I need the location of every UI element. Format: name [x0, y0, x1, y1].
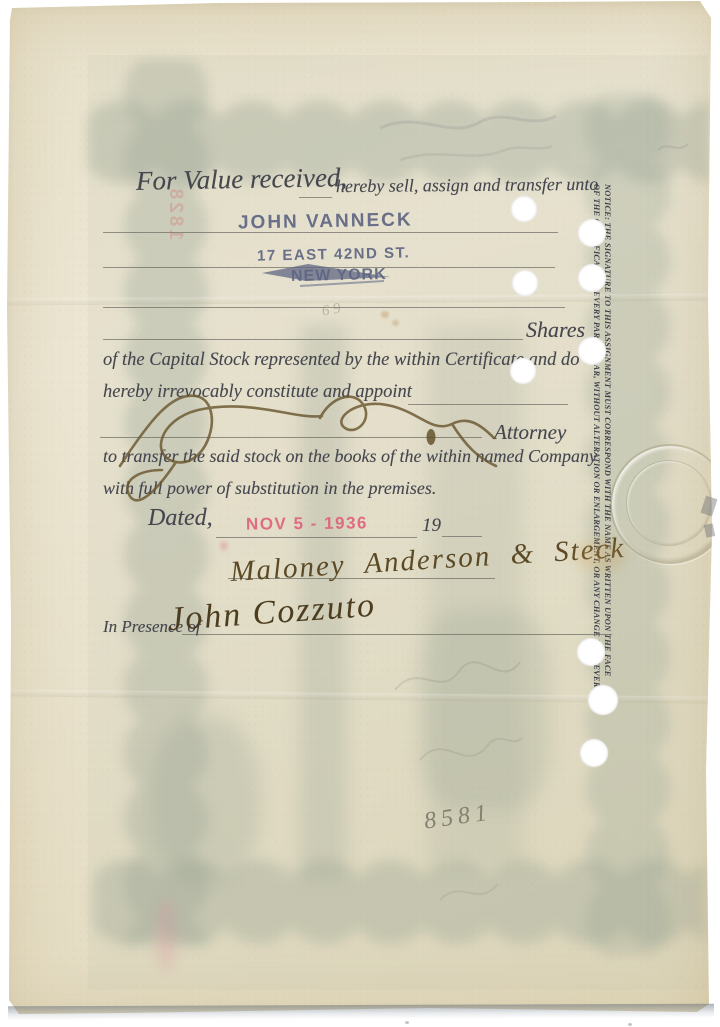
date-stamp: NOV 5 - 1936 [246, 513, 368, 534]
shares-label: Shares [526, 317, 585, 343]
punch-hole [510, 358, 536, 384]
scanned-certificate-back: For Value received, hereby sell, assign … [0, 0, 720, 1027]
ruled-line-witness [182, 634, 612, 635]
punch-hole [580, 739, 608, 767]
punch-hole [511, 196, 537, 222]
punch-hole [578, 337, 606, 365]
appoint-line: hereby irrevocably constitute and appoin… [103, 382, 412, 403]
opening-script-text: For Value received, [136, 162, 348, 197]
ruled-line-attorney [100, 437, 482, 438]
transfer-line: to transfer the said stock on the books … [103, 446, 597, 467]
embossed-seal-inner-ring [626, 460, 712, 546]
punch-hole [578, 264, 606, 292]
ruled-line-date [216, 537, 417, 538]
premises-line: with full power of substitution in the p… [103, 478, 436, 499]
punch-hole [588, 685, 618, 715]
dated-label: Dated, [148, 505, 213, 532]
scanner-shadow-bottom-edge [8, 1004, 714, 1020]
punch-hole [512, 270, 538, 296]
capital-stock-line: of the Capital Stock represented by the … [103, 350, 579, 371]
scan-speck [405, 1021, 409, 1024]
ruled-line-year [442, 536, 482, 537]
punch-hole [577, 638, 605, 666]
ruled-line-shares [103, 339, 523, 340]
certificate-paper: For Value received, hereby sell, assign … [0, 0, 720, 1027]
stamped-transferee-address: 17 EAST 42ND ST. [257, 244, 411, 264]
punch-hole [578, 219, 606, 247]
blank-line-recipient [299, 197, 332, 198]
scan-speck [628, 1023, 632, 1026]
ruled-line-appoint [408, 404, 568, 405]
margin-notice-line1: NOTICE: THE SIGNATURE TO THIS ASSIGNMENT… [602, 184, 613, 674]
torn-edge-fragment [704, 523, 716, 538]
margin-notice-line2: OF THE CERTIFICATE IN EVERY PARTICULAR, … [590, 184, 601, 674]
stamped-transferee-name: JOHN VANNECK [238, 209, 413, 234]
year-prefix: 19 [422, 515, 441, 537]
stamped-transferee-city: NEW YORK [291, 266, 387, 286]
margin-notice: NOTICE: THE SIGNATURE TO THIS ASSIGNMENT… [590, 184, 613, 674]
attorney-label: Attorney [494, 420, 566, 445]
opening-rest-text: hereby sell, assign and transfer unto [336, 174, 599, 197]
pencil-ghost-number: 6 9 [321, 301, 342, 321]
